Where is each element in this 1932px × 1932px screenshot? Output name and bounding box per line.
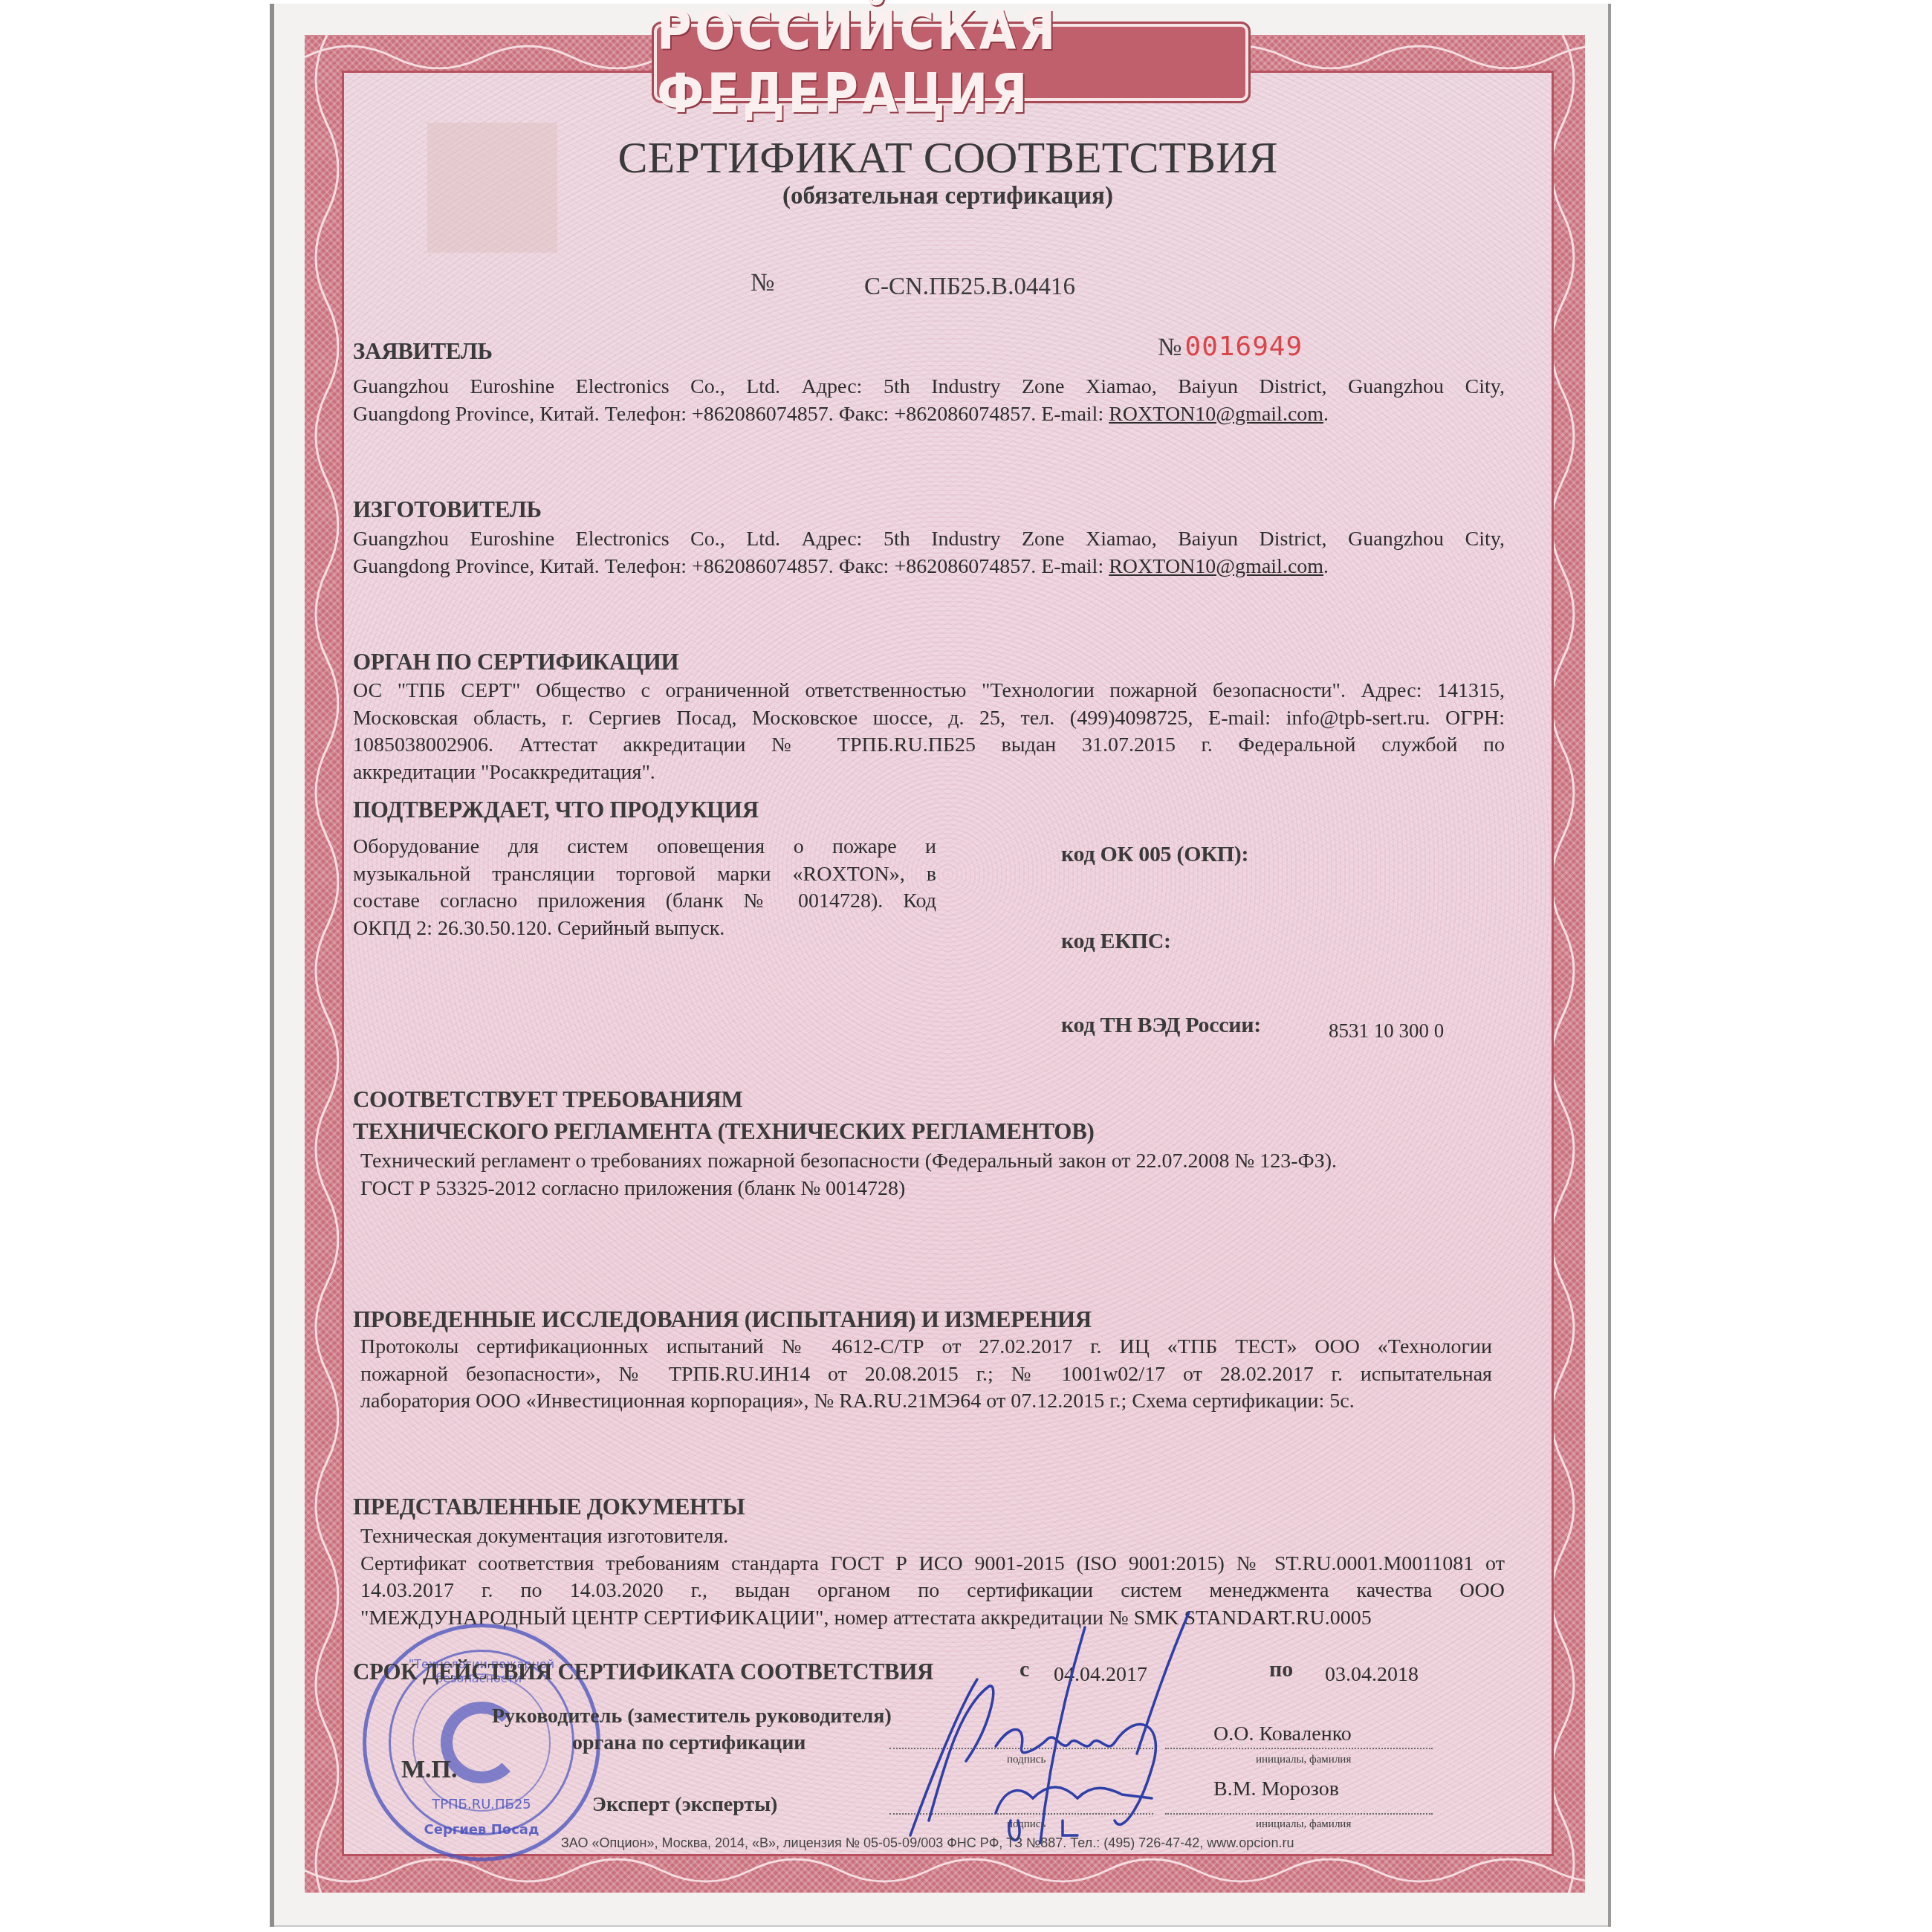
requirement-line: Технический регламент о требованиях пожа… [360, 1148, 1505, 1176]
validity-to-label: по [1269, 1657, 1293, 1682]
certification-body-heading: ОРГАН ПО СЕРТИФИКАЦИИ [353, 649, 678, 675]
requirements-heading: СООТВЕТСТВУЕТ ТРЕБОВАНИЯМ [353, 1086, 743, 1113]
printer-imprint: ЗАО «Опцион», Москва, 2014, «В», лицензи… [561, 1835, 1294, 1851]
manufacturer-email-link[interactable]: ROXTON10@gmail.com [1109, 555, 1323, 578]
applicant-line-1: Guangzhou Euroshine Electronics Co., Ltd… [353, 374, 1505, 401]
manufacturer-details: Guangzhou Euroshine Electronics Co., Ltd… [353, 526, 1505, 580]
requirements-details: Технический регламент о требованиях пожа… [360, 1148, 1505, 1202]
tnved-code-value: 8531 10 300 0 [1329, 1020, 1444, 1043]
certification-body-line: Московская область, г. Сергиев Посад, Мо… [353, 705, 1505, 733]
banner-text: РОССИЙСКАЯ ФЕДЕРАЦИЯ [657, 0, 1245, 126]
documents-heading: ПРЕДСТАВЛЕННЫЕ ДОКУМЕНТЫ [353, 1494, 745, 1520]
applicant-details: Guangzhou Euroshine Electronics Co., Ltd… [353, 374, 1505, 428]
ekps-code-label: код ЕКПС: [1061, 929, 1171, 954]
product-line: Оборудование для систем оповещения о пож… [353, 834, 936, 861]
certification-body-line: 1085038002906. Аттестат аккредитации № Т… [353, 732, 1505, 759]
tests-line: пожарной безопасности», № ТРПБ.RU.ИН14 о… [360, 1361, 1492, 1389]
certificate-number-sign: № [751, 269, 774, 297]
manufacturer-line-2: Guangdong Province, Китай. Телефон: +862… [353, 554, 1505, 581]
validity-to-date: 03.04.2018 [1325, 1663, 1419, 1687]
stamp-place-label: М.П. [401, 1756, 458, 1784]
stamp-code: ТРПБ.RU.ПБ25 [366, 1797, 597, 1812]
okp-code-label: код ОК 005 (ОКП): [1061, 842, 1248, 867]
tests-line: лаборатория ООО «Инвестиционная корпорац… [360, 1388, 1492, 1416]
handwritten-signatures [840, 1598, 1256, 1865]
expert-label: Эксперт (эксперты) [592, 1793, 777, 1817]
certification-body-details: ОС "ТПБ СЕРТ" Общество с ограниченной от… [353, 678, 1505, 786]
head-name-caption: инициалы, фамилия [1256, 1754, 1351, 1766]
certificate-number: C-CN.ПБ25.В.04416 [864, 273, 1075, 301]
blank-number-sign: № [1158, 334, 1181, 361]
tests-line: Протоколы сертификационных испытаний № 4… [360, 1334, 1492, 1361]
blank-number: № 0016949 [1158, 331, 1303, 362]
applicant-line-2: Guangdong Province, Китай. Телефон: +862… [353, 401, 1505, 429]
certification-body-line: ОС "ТПБ СЕРТ" Общество с ограниченной от… [353, 678, 1505, 705]
header-banner: РОССИЙСКАЯ ФЕДЕРАЦИЯ [654, 24, 1248, 101]
applicant-contacts: Guangdong Province, Китай. Телефон: +862… [353, 403, 1109, 426]
manufacturer-contacts: Guangdong Province, Китай. Телефон: +862… [353, 555, 1109, 578]
expert-name-caption: инициалы, фамилия [1256, 1818, 1351, 1831]
head-label-line-2: органа по сертификации [572, 1731, 805, 1755]
head-label: Руководитель (заместитель руководителя) [492, 1705, 892, 1728]
manufacturer-line-end: . [1323, 555, 1329, 578]
requirement-line: ГОСТ Р 53325-2012 согласно приложения (б… [360, 1176, 1505, 1203]
applicant-heading: ЗАЯВИТЕЛЬ [353, 338, 493, 365]
applicant-line-end: . [1323, 403, 1329, 426]
product-line: музыкальной трансляции торговой марки «R… [353, 861, 936, 889]
certification-body-line: аккредитации "Росаккредитация". [353, 759, 1505, 787]
product-heading: ПОДТВЕРЖДАЕТ, ЧТО ПРОДУКЦИЯ [353, 797, 759, 823]
product-line: составе согласно приложения (бланк № 001… [353, 888, 936, 915]
manufacturer-line-1: Guangzhou Euroshine Electronics Co., Ltd… [353, 526, 1505, 554]
product-line: ОКПД 2: 26.30.50.120. Серийный выпуск. [353, 915, 936, 943]
document-title: СЕРТИФИКАТ СООТВЕТСТВИЯ [342, 132, 1554, 184]
tnved-code-label: код ТН ВЭД России: [1061, 1013, 1261, 1038]
blank-number-value: 0016949 [1184, 331, 1303, 362]
tests-heading: ПРОВЕДЕННЫЕ ИССЛЕДОВАНИЯ (ИСПЫТАНИЯ) И И… [353, 1306, 1092, 1333]
applicant-email-link[interactable]: ROXTON10@gmail.com [1109, 403, 1323, 426]
manufacturer-heading: ИЗГОТОВИТЕЛЬ [353, 496, 542, 523]
documents-line: Техническая документация изготовителя. [360, 1523, 1505, 1551]
requirements-subheading: ТЕХНИЧЕСКОГО РЕГЛАМЕНТА (ТЕХНИЧЕСКИХ РЕГ… [353, 1118, 1095, 1145]
document-subtitle: (обязательная сертификация) [342, 183, 1554, 210]
product-description: Оборудование для систем оповещения о пож… [353, 834, 936, 942]
documents-line: Сертификат соответствия требованиям стан… [360, 1551, 1505, 1578]
frame-wave-left [305, 35, 339, 1893]
paper-edge [270, 4, 274, 1927]
tests-details: Протоколы сертификационных испытаний № 4… [360, 1334, 1492, 1416]
frame-wave-right [1551, 35, 1585, 1893]
